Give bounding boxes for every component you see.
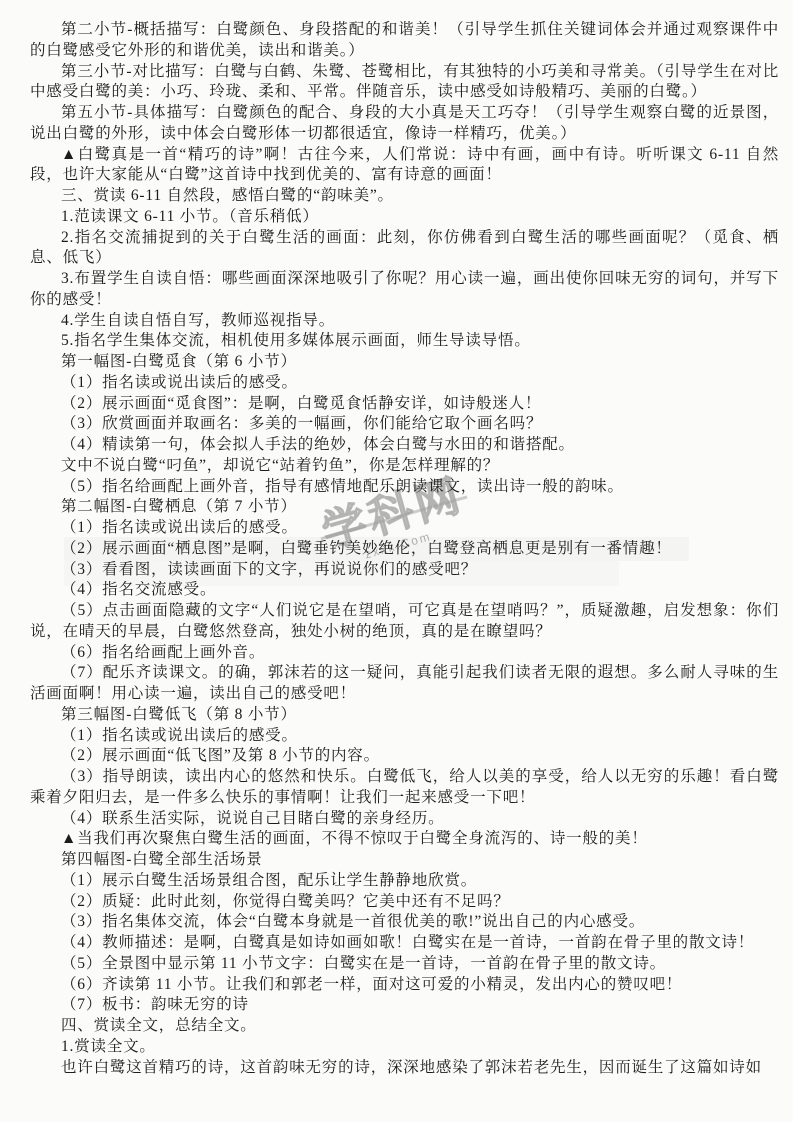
paragraph: 1.范读课文 6-11 小节。（音乐稍低） <box>30 207 779 228</box>
paragraph: （5）指名给画配上画外音，指导有感情地配乐朗读课文，读出诗一般的韵味。 <box>30 477 779 498</box>
paragraph: 2.指名交流捕捉到的关于白鹭生活的画面：此刻，你仿佛看到白鹭生活的哪些画面呢？（… <box>30 228 779 270</box>
paragraph: （7）板书：韵味无穷的诗 <box>30 995 779 1016</box>
paragraph: 第四幅图-白鹭全部生活场景 <box>30 850 779 871</box>
paragraph: （2）展示画面“低飞图”及第 8 小节的内容。 <box>30 746 779 767</box>
paragraph: （3）欣赏画面并取画名：多美的一幅画，你们能给它取个画名吗？ <box>30 414 779 435</box>
paragraph: 第三幅图-白鹭低飞（第 8 小节） <box>30 705 779 726</box>
paragraph: ▲白鹭真是一首“精巧的诗”啊！古往今来，人们常说：诗中有画，画中有诗。听听课文 … <box>30 145 779 187</box>
paragraph: （4）教师描述：是啊，白鹭真是如诗如画如歌！白鹭实在是一首诗，一首韵在骨子里的散… <box>30 933 779 954</box>
paragraph: （5）点击画面隐藏的文字“人们说它是在望哨，可它真是在望哨吗？”，质疑激趣，启发… <box>30 601 779 643</box>
paragraph: （4）指名交流感受。 <box>30 580 779 601</box>
paragraph: （4）精读第一句，体会拟人手法的绝妙，体会白鹭与水田的和谐搭配。 <box>30 435 779 456</box>
document-body: 第二小节-概括描写：白鹭颜色、身段搭配的和谐美！（引导学生抓住关键词体会并通过观… <box>0 0 793 1078</box>
document-page: 学科网 zxxk.Com 第二小节-概括描写：白鹭颜色、身段搭配的和谐美！（引导… <box>0 0 793 1122</box>
paragraph: 3.布置学生自读自悟：哪些画面深深地吸引了你呢？用心读一遍，画出使你回味无穷的词… <box>30 269 779 311</box>
paragraph: 第二幅图-白鹭栖息（第 7 小节） <box>30 497 779 518</box>
paragraph: （5）全景图中显示第 11 小节文字：白鹭实在是一首诗，一首韵在骨子里的散文诗。 <box>30 954 779 975</box>
paragraph: （3）看看图，读读画面下的文字，再说说你们的感受吧？ <box>30 560 779 581</box>
paragraph: （6）齐读第 11 小节。让我们和郭老一样，面对这可爱的小精灵，发出内心的赞叹吧… <box>30 975 779 996</box>
paragraph: 1.赏读全文。 <box>30 1037 779 1058</box>
paragraph: 四、赏读全文，总结全文。 <box>30 1016 779 1037</box>
paragraph: （4）联系生活实际，说说自己目睹白鹭的亲身经历。 <box>30 809 779 830</box>
paragraph: （3）指名集体交流，体会“白鹭本身就是一首很优美的歌!”说出自己的内心感受。 <box>30 912 779 933</box>
paragraph: 三、赏读 6-11 自然段，感悟白鹭的“韵味美”。 <box>30 186 779 207</box>
paragraph: 第二小节-概括描写：白鹭颜色、身段搭配的和谐美！（引导学生抓住关键词体会并通过观… <box>30 20 779 62</box>
paragraph: 文中不说白鹭“叼鱼”，却说它“站着钓鱼”，你是怎样理解的？ <box>30 456 779 477</box>
paragraph: （7）配乐齐读课文。的确，郭沫若的这一疑问，真能引起我们读者无限的遐想。多么耐人… <box>30 663 779 705</box>
paragraph: （2）展示画面“栖息图”是啊，白鹭垂钓美妙绝伦，白鹭登高栖息更是别有一番情趣！ <box>30 539 779 560</box>
paragraph: 4.学生自读自悟自写，教师巡视指导。 <box>30 311 779 332</box>
paragraph: （1）展示白鹭生活场景组合图，配乐让学生静静地欣赏。 <box>30 871 779 892</box>
paragraph: 5.指名学生集体交流，相机使用多媒体展示画面，师生导读导悟。 <box>30 331 779 352</box>
paragraph: （3）指导朗读，读出内心的悠然和快乐。白鹭低飞，给人以美的享受，给人以无穷的乐趣… <box>30 767 779 809</box>
paragraph: （2）质疑：此时此刻，你觉得白鹭美吗？它美中还有不足吗？ <box>30 892 779 913</box>
paragraph: 第五小节-具体描写：白鹭颜色的配合、身段的大小真是天工巧夺！（引导学生观察白鹭的… <box>30 103 779 145</box>
paragraph: （1）指名读或说出读后的感受。 <box>30 518 779 539</box>
paragraph: （1）指名读或说出读后的感受。 <box>30 373 779 394</box>
paragraph: （6）指名给画配上画外音。 <box>30 643 779 664</box>
paragraph: （1）指名读或说出读后的感受。 <box>30 726 779 747</box>
paragraph: 第三小节-对比描写：白鹭与白鹤、朱鹭、苍鹭相比，有其独特的小巧美和寻常美。（引导… <box>30 62 779 104</box>
paragraph: ▲当我们再次聚焦白鹭生活的画面，不得不惊叹于白鹭全身流泻的、诗一般的美！ <box>30 829 779 850</box>
paragraph: 第一幅图-白鹭觅食（第 6 小节） <box>30 352 779 373</box>
paragraph: （2）展示画面“觅食图”：是啊，白鹭觅食恬静安详，如诗般迷人！ <box>30 394 779 415</box>
paragraph: 也许白鹭这首精巧的诗，这首韵味无穷的诗，深深地感染了郭沫若老先生，因而诞生了这篇… <box>30 1058 779 1079</box>
